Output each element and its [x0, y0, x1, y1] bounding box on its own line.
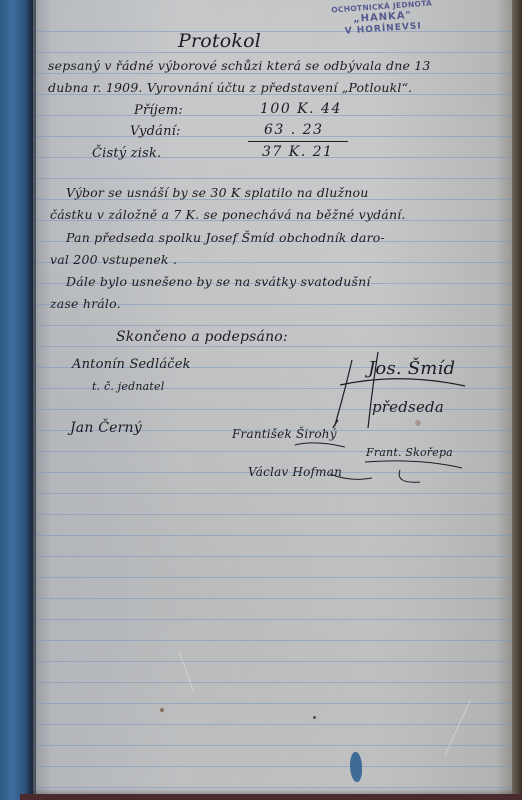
intro-line: dubna r. 1909. Vyrovnání účtu z představ…: [48, 80, 412, 95]
closing-line: Skončeno a podepsáno:: [116, 329, 288, 345]
ink-blot: [350, 752, 362, 782]
net-profit-value: 37 K. 21: [262, 144, 333, 160]
signature-role-chairman: předseda: [372, 398, 444, 416]
income-value: 100 K. 44: [260, 101, 342, 117]
signature-sedlacek: Antonín Sedláček: [72, 357, 191, 372]
body-line: částku v záložně a 7 K. se ponechává na …: [50, 207, 406, 222]
body-line: Výbor se usnáší by se 30 K splatilo na d…: [66, 185, 369, 200]
income-label: Příjem:: [134, 103, 183, 118]
document-title: Protokol: [178, 30, 261, 52]
body-line: Dále bylo usnešeno by se na svátky svato…: [66, 274, 371, 289]
signature-smid: Jos. Šmíd: [368, 358, 455, 379]
binding-shadow: [26, 0, 36, 800]
body-line: val 200 vstupenek .: [50, 252, 177, 267]
document-photo: OCHOTNICKÁ JEDNOTA „HANKA" V HORÍNEVSI P…: [0, 0, 522, 800]
stain-spot: [415, 420, 421, 426]
sum-underline: [248, 141, 348, 142]
stain-spot: [160, 708, 164, 712]
intro-line: sepsaný v řádné výborové schůzi která se…: [48, 58, 431, 73]
signature-skorepa: Frant. Skořepa: [366, 446, 453, 459]
bottom-edge: [20, 794, 522, 800]
expense-label: Vydání:: [130, 124, 181, 139]
expense-value: 63 . 23: [264, 122, 323, 138]
body-line: Pan předseda spolku Josef Šmíd obchodník…: [66, 230, 385, 245]
stain-spot: [313, 716, 316, 719]
signature-hofman: Václav Hofman: [248, 465, 342, 479]
signature-cerny: Jan Černý: [70, 420, 142, 436]
body-line: zase hrálo.: [50, 296, 121, 311]
signature-role-secretary: t. č. jednatel: [92, 380, 164, 393]
page-edge: [512, 0, 522, 800]
signature-sirohy: František Širohý: [232, 427, 337, 441]
net-profit-label: Čistý zisk.: [92, 146, 161, 161]
